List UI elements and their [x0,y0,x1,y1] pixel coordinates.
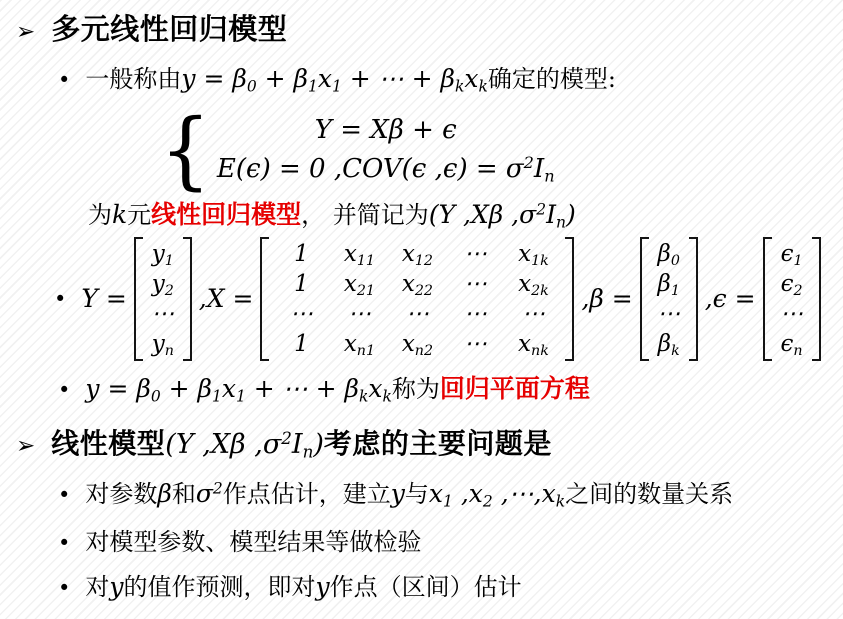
matrix-row: βk [652,329,686,359]
matrix-cell: x12 [388,239,446,269]
segment-text: 元 [127,201,151,229]
segment-text: ， 并简记为 [301,201,429,229]
matrix-beta: β0β1⋯βk [640,237,698,361]
matrix-row: 1x11x12⋯x1k [272,239,562,269]
matrix-cell: y2 [146,269,180,299]
matrix-epsilon: ϵ1ϵ2⋯ϵn [763,237,821,361]
bullet-icon: • [58,531,70,555]
segment-math: y [316,572,330,601]
segment-hb: 线性模型 [51,428,165,459]
matrix-row: ⋯⋯⋯⋯⋯ [272,299,562,329]
matrix-cell: xnk [504,329,562,359]
left-bracket [260,237,269,361]
arrow-bullet-icon: ➢ [16,429,35,463]
matrix-cell: ⋯ [775,299,809,329]
matrix-cell: ⋯ [446,239,504,269]
model-note-line: 为k元线性回归模型， 并简记为(Y ,Xβ ,σ2In) [88,198,576,232]
model-definition-text: 一般称由y = β0 + β1x1 + ⋯ + βkxk确定的模型: [85,62,616,96]
bullet-icon: • [58,378,70,402]
segment-math: y = β0 + β1x1 + ⋯ + βkxk [181,64,488,93]
matrix-cell: ϵ2 [775,269,809,299]
segment-text: 对模型参数、模型结果等做检验 [85,528,421,556]
bullet-icon: • [58,576,70,600]
system-equation-2: E(ϵ) = 0 ,COV(ϵ ,ϵ) = σ2In [217,150,555,189]
segment-math: (Y ,Xβ ,σ2In) [165,429,324,460]
bullet-line-plane-equation: • y = β0 + β1x1 + ⋯ + βkxk称为回归平面方程 [58,372,590,406]
segment-text: 称为 [392,375,440,403]
matrix-definitions-line: • Y = y1y2⋯yn ,X = 1x11x12⋯x1k1x21x22⋯x2… [54,237,821,361]
segment-math: y = β0 + β1x1 + ⋯ + βkxk [85,374,392,403]
section2-heading: ➢ 线性模型(Y ,Xβ ,σ2In)考虑的主要问题是 [16,424,552,464]
matrix-cell: ⋯ [446,329,504,359]
matrix-row: 1x21x22⋯x2k [272,269,562,299]
matrix-beta-label: ,β = [581,282,632,316]
matrix-cell: ϵ1 [775,239,809,269]
matrix-cell: x21 [330,269,388,299]
matrix-cell: x1k [504,239,562,269]
segment-text: 与 [405,480,429,508]
segment-text: 的值作预测，即对 [124,573,316,601]
section2-title: 线性模型(Y ,Xβ ,σ2In)考虑的主要问题是 [51,424,552,464]
matrix-row: ϵ2 [775,269,809,299]
matrix-cell: ⋯ [446,299,504,329]
matrix-cell: xn1 [330,329,388,359]
matrix-cell: x11 [330,239,388,269]
estimation-text: 对参数β和σ2作点估计，建立y与x1 ,x2 ,⋯,xk之间的数量关系 [85,477,733,511]
matrix-Y: y1y2⋯yn [134,237,192,361]
matrix-row: ⋯ [652,299,686,329]
matrix-cell: y1 [146,239,180,269]
matrix-Y-label: Y = [81,282,126,316]
segment-math: x1 ,x2 ,⋯,xk [429,479,565,508]
matrix-row: β0 [652,239,686,269]
matrix-row: ⋯ [146,299,180,329]
prediction-text: 对y的值作预测，即对y作点（区间）估计 [85,570,521,604]
left-bracket [763,237,772,361]
section1-title: 多元线性回归模型 [51,12,287,48]
matrix-row: y2 [146,269,180,299]
matrix-cell: 1 [272,239,330,269]
matrix-row: 1xn1xn2⋯xnk [272,329,562,359]
segment-text: 之间的数量关系 [565,480,733,508]
segment-text: 确定的模型: [488,65,616,93]
segment-red: 回归平面方程 [440,374,590,403]
section1-heading: ➢ 多元线性回归模型 [16,12,287,49]
segment-text: 作点（区间）估计 [330,573,522,601]
left-brace: { [160,108,211,192]
segment-hb: 考虑的主要问题是 [324,428,552,459]
matrix-cell: ⋯ [146,299,180,329]
segment-text: 一般称由 [85,65,181,93]
right-bracket [565,237,574,361]
segment-text: 作点估计，建立 [223,480,391,508]
left-bracket [134,237,143,361]
segment-math: y [391,479,405,508]
slide-canvas: ➢ 多元线性回归模型 • 一般称由y = β0 + β1x1 + ⋯ + βkx… [0,0,843,619]
matrix-cell: x2k [504,269,562,299]
arrow-bullet-icon: ➢ [16,15,35,49]
system-equation-1: Y = Xβ + ϵ [217,111,555,150]
matrix-X-label: ,X = [199,282,254,316]
testing-text: 对模型参数、模型结果等做检验 [85,525,421,559]
segment-red: 线性回归模型 [151,200,301,229]
matrix-row: ϵn [775,329,809,359]
matrix-row: yn [146,329,180,359]
bullet-line-estimation: • 对参数β和σ2作点估计，建立y与x1 ,x2 ,⋯,xk之间的数量关系 [58,477,733,511]
matrix-cell: ⋯ [446,269,504,299]
matrix-row: ϵ1 [775,239,809,269]
matrix-cell: ⋯ [272,299,330,329]
segment-text: 为 [88,201,112,229]
matrix-row: β1 [652,269,686,299]
matrix-cell: β1 [652,269,686,299]
segment-text: 和 [172,480,196,508]
matrix-cell: ϵn [775,329,809,359]
matrix-cell: β0 [652,239,686,269]
left-bracket [640,237,649,361]
segment-math: σ2 [196,479,223,508]
matrix-cell: x22 [388,269,446,299]
segment-math: k [112,200,127,229]
matrix-cell: βk [652,329,686,359]
plane-equation-text: y = β0 + β1x1 + ⋯ + βkxk称为回归平面方程 [85,372,590,406]
segment-math: y [109,572,123,601]
segment-math: β [157,479,171,508]
matrix-cell: 1 [272,329,330,359]
matrix-cell: ⋯ [652,299,686,329]
matrix-cell: ⋯ [330,299,388,329]
matrix-epsilon-label: ,ϵ = [705,282,756,316]
matrix-cell: xn2 [388,329,446,359]
bullet-line-model-definition: • 一般称由y = β0 + β1x1 + ⋯ + βkxk确定的模型: [58,62,616,96]
matrix-row: y1 [146,239,180,269]
bullet-line-prediction: • 对y的值作预测，即对y作点（区间）估计 [58,570,522,604]
matrix-X: 1x11x12⋯x1k1x21x22⋯x2k⋯⋯⋯⋯⋯1xn1xn2⋯xnk [260,237,574,361]
right-bracket [812,237,821,361]
matrix-cell: ⋯ [504,299,562,329]
equation-system: { Y = Xβ + ϵ E(ϵ) = 0 ,COV(ϵ ,ϵ) = σ2In [160,110,555,190]
bullet-icon: • [58,68,70,92]
matrix-cell: ⋯ [388,299,446,329]
system-equations: Y = Xβ + ϵ E(ϵ) = 0 ,COV(ϵ ,ϵ) = σ2In [217,111,555,189]
segment-text: 对 [85,573,109,601]
matrix-cell: yn [146,329,180,359]
segment-math: (Y ,Xβ ,σ2In) [429,200,576,229]
matrix-row: ⋯ [775,299,809,329]
bullet-icon: • [54,287,66,311]
right-bracket [689,237,698,361]
matrix-cell: 1 [272,269,330,299]
segment-text: 对参数 [85,480,157,508]
right-bracket [183,237,192,361]
bullet-icon: • [58,483,70,507]
bullet-line-testing: • 对模型参数、模型结果等做检验 [58,525,421,559]
